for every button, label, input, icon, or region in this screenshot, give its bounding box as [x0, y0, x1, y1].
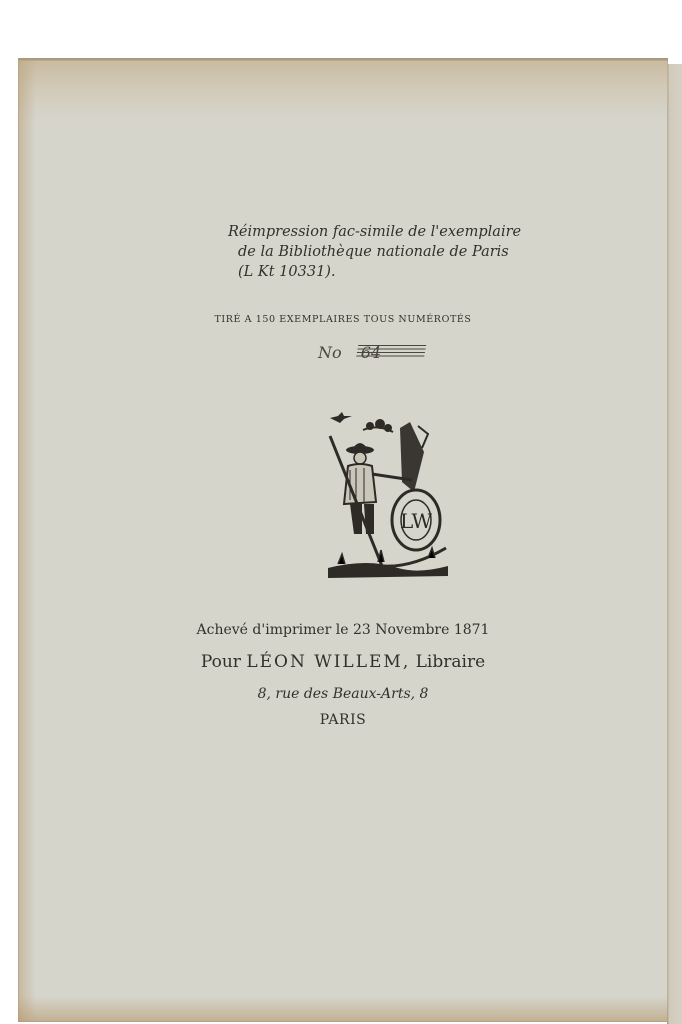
print-run-statement: TIRÉ A 150 EXEMPLAIRES TOUS NUMÉROTÉS — [18, 314, 668, 325]
publisher-name: LÉON WILLEM, — [246, 652, 410, 672]
book-page: Réimpression fac-simile de l'exemplaire … — [18, 58, 668, 1022]
publisher-city: PARIS — [18, 712, 668, 728]
printer-mark-engraving-icon: LW — [318, 408, 458, 583]
page-stain-top — [18, 60, 668, 120]
page-stain-left — [18, 60, 36, 1022]
publisher-address: 8, rue des Beaux-Arts, 8 — [18, 686, 668, 702]
reprint-line-1: Réimpression fac-simile de l'exemplaire — [228, 222, 568, 242]
reprint-line-2: de la Bibliothèque nationale de Paris — [228, 242, 568, 262]
reprint-line-3: (L Kt 10331). — [228, 262, 568, 282]
svg-text:LW: LW — [400, 509, 433, 533]
copy-number-value: 64 — [361, 343, 421, 362]
publisher-line: Pour LÉON WILLEM, Libraire — [18, 652, 668, 672]
publisher-prefix: Pour — [201, 652, 246, 672]
printing-date: Achevé d'imprimer le 23 Novembre 1871 — [18, 622, 668, 638]
page-stain-bottom — [18, 996, 668, 1022]
copy-number-label: No — [318, 343, 342, 362]
copy-number: No 64 — [318, 343, 421, 362]
reprint-note: Réimpression fac-simile de l'exemplaire … — [228, 222, 568, 282]
adjacent-page-edge — [667, 64, 682, 1024]
publisher-role: Libraire — [410, 652, 485, 672]
